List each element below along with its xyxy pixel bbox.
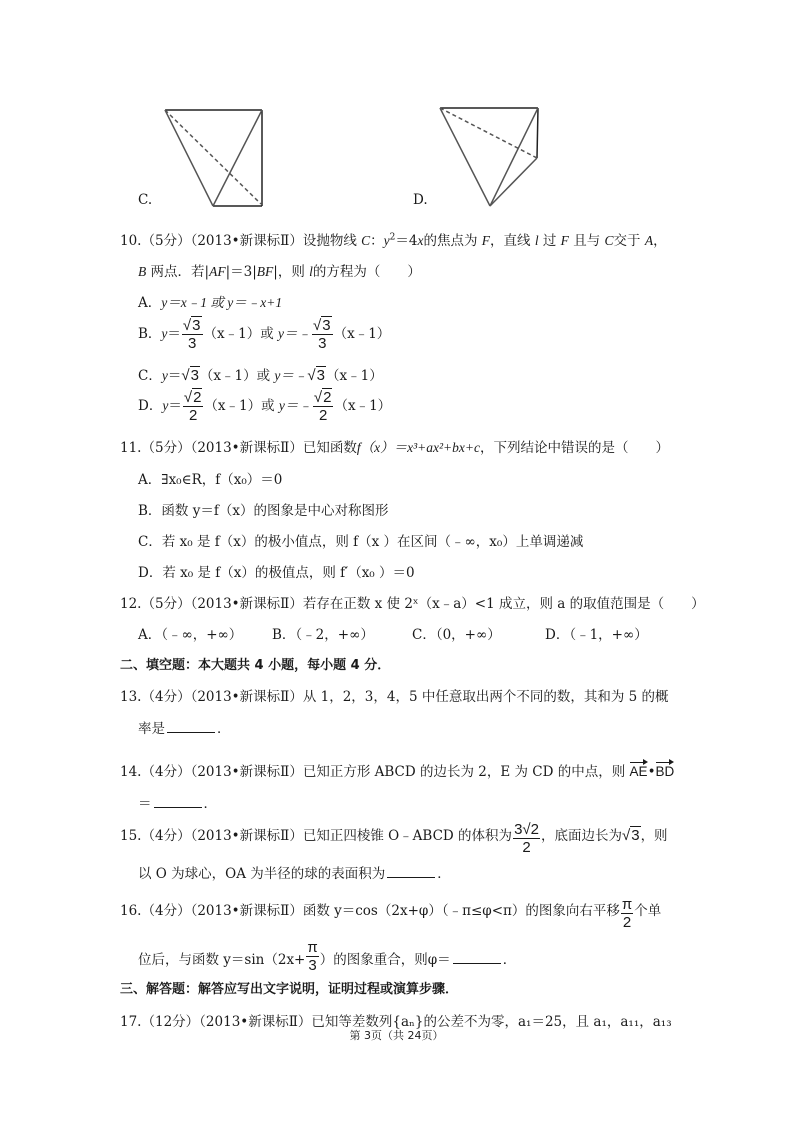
q12-option-a: A．（﹣∞，+∞） [138,623,242,643]
question-16-line-1: 16.（4分）（2013•新课标Ⅱ）函数 y＝cos（2x+φ）（﹣π≤φ<π）… [120,897,661,930]
stem-text: 若存在正数 x 使 2ˣ（x﹣a）<1 成立，则 a 的取值范围是（ ） [303,596,705,612]
question-source: （2013•新课标Ⅱ） [191,689,303,705]
option-text: y＝x﹣1 或 y＝﹣x+1 [161,295,282,310]
option-text: （x﹣1） [334,398,391,414]
figure-c-label: C. [138,192,152,208]
option-text: y＝﹣ [279,398,312,413]
option-label: C． [138,368,162,384]
option-text: 函数 y＝f（x）的图象是中心对称图形 [161,503,388,519]
stem-text: ＝ [138,796,152,812]
q12-option-c: C．（0，+∞） [412,623,501,643]
section-3-heading: 三、解答题：解答应写出文字说明，证明过程或演算步骤． [120,978,458,997]
figure-d-label: D. [413,192,428,208]
stem-text: ，直线 [490,233,531,249]
question-score: （4分） [141,903,190,919]
option-label: D． [138,565,162,581]
option-text: （x﹣1） [200,368,257,384]
var-a: A [645,233,653,248]
q11-option-c: C．若 x₀ 是 f（x）的极小值点，则 f（x ）在区间（﹣∞，x₀）上单调递… [138,530,583,550]
q10-option-d: D．y＝√22（x﹣1）或 y＝﹣√22（x﹣1） [138,390,391,423]
q11-option-b: B．函数 y＝f（x）的图象是中心对称图形 [138,499,388,519]
option-text: （x﹣1） [204,326,261,342]
stem-text: 已知正方形 ABCD 的边长为 2，E 为 CD 的中点，则 [303,764,625,780]
fraction: 3√22 [513,822,540,855]
option-label: D． [138,398,162,414]
question-source: （2013•新课标Ⅱ） [191,596,303,612]
question-score: （5分） [141,596,190,612]
answer-blank[interactable] [154,795,202,808]
fraction: √33 [312,318,333,351]
q10-option-a: A．y＝x﹣1 或 y＝﹣x+1 [138,291,282,311]
question-source: （2013•新课标Ⅱ） [191,440,303,456]
sqrt: √3 [307,366,326,384]
question-10-line-2: B 两点．若|AF|＝3|BF|，则 l的方程为（ ） [138,260,421,280]
question-number: 10. [120,233,141,249]
q10-option-b: B．y＝√33（x﹣1）或 y＝﹣√33（x﹣1） [138,318,390,351]
question-score: （5分） [141,440,190,456]
punct: ： [370,233,384,249]
option-label: C． [412,627,436,643]
stem-text: ，则 [641,828,668,844]
vector-bd: BD [656,764,675,779]
option-label: B． [138,326,161,342]
option-label: A． [138,472,161,488]
option-label: B． [138,503,161,519]
question-score: （4分） [141,689,190,705]
option-text: y＝﹣ [278,326,311,341]
option-text: （x﹣1） [334,326,391,342]
stem-text: ）的图象重合，则φ＝ [320,952,451,968]
stem-text: |，则 [273,264,305,280]
stem-text: 从 1，2，3，4，5 中任意取出两个不同的数，其和为 5 的概 [303,689,669,705]
option-text: （x﹣1） [204,398,261,414]
answer-blank[interactable] [387,865,435,878]
option-text: ∃x₀∈R，f（x₀）＝0 [161,472,282,488]
stem-text: |＝3| [226,264,257,280]
question-score: （4分） [141,828,190,844]
question-15-line-2: 以 O 为球心，OA 为半径的球的表面积为． [138,862,451,882]
answer-blank[interactable] [167,720,215,733]
question-score: （4分） [141,764,190,780]
dot-operator: • [648,764,656,780]
var-c: C [361,233,370,248]
question-source: （2013•新课标Ⅱ） [191,903,303,919]
var-f: F [482,233,490,248]
fraction: π2 [621,897,633,930]
question-source: （2013•新课标Ⅱ） [191,828,303,844]
question-14-line-1: 14.（4分）（2013•新课标Ⅱ）已知正方形 ABCD 的边长为 2，E 为 … [120,760,674,780]
question-source: （2013•新课标Ⅱ） [191,233,303,249]
stem-text: 已知正四棱锥 O﹣ABCD 的体积为 [303,828,512,844]
var-l: l [535,233,539,248]
stem-text: 且与 [573,233,600,249]
stem-text: 率是 [138,721,165,737]
q12-option-d: D．（﹣1，+∞） [545,623,648,643]
punct: ． [437,866,451,882]
answer-blank[interactable] [453,951,501,964]
question-score: （5分） [141,233,190,249]
option-text: （﹣∞，+∞） [161,627,242,643]
q11-option-d: D．若 x₀ 是 f（x）的极值点，则 f′（x₀ ）＝0 [138,561,415,581]
var-af: AF [209,264,226,279]
punct: ． [503,952,517,968]
question-number: 11. [120,440,141,456]
stem-text: 的焦点为 [423,233,477,249]
option-text: （x﹣1） [326,368,383,384]
option-text: （0，+∞） [436,627,501,643]
figure-options-svg [0,0,793,220]
stem-text: 以 O 为球心，OA 为半径的球的表面积为 [138,866,385,882]
sqrt: √3 [181,366,200,384]
option-label: D． [545,627,569,643]
option-label: A． [138,295,161,311]
stem-text: ，底面边长为 [541,828,622,844]
var-b: B [138,264,146,279]
stem-text: ，下列结论中错误的是（ ） [480,440,669,456]
option-text: 若 x₀ 是 f（x）的极值点，则 f′（x₀ ）＝0 [162,565,414,581]
eq-text: ＝4 [395,233,417,249]
section-2-heading: 二、填空题：本大题共 4 小题，每小题 4 分． [120,654,390,673]
fraction: √22 [313,390,334,423]
q12-option-b: B．（﹣2，+∞） [272,623,374,643]
question-number: 14. [120,764,141,780]
option-label: B． [272,627,295,643]
question-12-stem: 12.（5分）（2013•新课标Ⅱ）若存在正数 x 使 2ˣ（x﹣a）<1 成立… [120,592,705,612]
punct: ． [204,796,218,812]
fraction: π3 [306,940,318,973]
stem-text: 交于 [614,233,641,249]
figure-c [165,110,262,206]
option-text: （﹣2，+∞） [295,627,373,643]
var-f: F [561,233,569,248]
question-number: 15. [120,828,141,844]
question-number: 12. [120,596,141,612]
stem-text: 两点．若| [151,264,210,280]
or-text: 或 [261,398,275,414]
option-label: C． [138,534,162,550]
question-16-line-2: 位后，与函数 y＝sin（2x+π3）的图象重合，则φ＝． [138,940,516,973]
page-footer: 第 3页（共 24页） [0,1027,793,1043]
sqrt: √3 [622,826,641,844]
q10-option-c: C．y＝√3（x﹣1）或 y＝﹣√3（x﹣1） [138,364,383,384]
punct: ． [217,721,231,737]
option-text: y＝﹣ [274,368,307,383]
question-number: 16. [120,903,141,919]
option-text: 若 x₀ 是 f（x）的极小值点，则 f（x ）在区间（﹣∞，x₀）上单调递减 [162,534,583,550]
stem-text: 设抛物线 [303,233,357,249]
fraction: √22 [183,390,204,423]
stem-text: 的方程为（ ） [313,264,421,280]
or-text: 或 [257,368,271,384]
stem-text: 函数 y＝cos（2x+φ）（﹣π≤φ<π）的图象向右平移 [303,903,620,919]
vector-ae: AE [630,764,648,779]
question-10-line-1: 10.（5分）（2013•新课标Ⅱ）设抛物线 C：y2＝4x的焦点为 F，直线 … [120,229,667,249]
question-14-line-2: ＝． [138,792,217,812]
stem-text: 个单 [634,903,661,919]
function-expression: f（x）＝x³+ax²+bx+c [357,440,480,455]
var-c: C [605,233,614,248]
option-label: A． [138,627,161,643]
or-text: 或 [260,326,274,342]
question-13-line-2: 率是． [138,717,231,737]
question-15-line-1: 15.（4分）（2013•新课标Ⅱ）已知正四棱锥 O﹣ABCD 的体积为3√22… [120,822,668,855]
fraction: √33 [182,318,203,351]
question-11-stem: 11.（5分）（2013•新课标Ⅱ）已知函数f（x）＝x³+ax²+bx+c，下… [120,436,669,456]
figure-d [440,108,538,206]
q11-option-a: A．∃x₀∈R，f（x₀）＝0 [138,468,282,488]
question-source: （2013•新课标Ⅱ） [191,764,303,780]
option-text: （﹣1，+∞） [569,627,647,643]
question-13-line-1: 13.（4分）（2013•新课标Ⅱ）从 1，2，3，4，5 中任意取出两个不同的… [120,685,669,705]
var-bf: BF [257,264,274,279]
question-number: 13. [120,689,141,705]
stem-text: 位后，与函数 y＝sin（2x+ [138,952,305,968]
stem-text: 已知函数 [303,440,357,456]
stem-text: 过 [543,233,557,249]
